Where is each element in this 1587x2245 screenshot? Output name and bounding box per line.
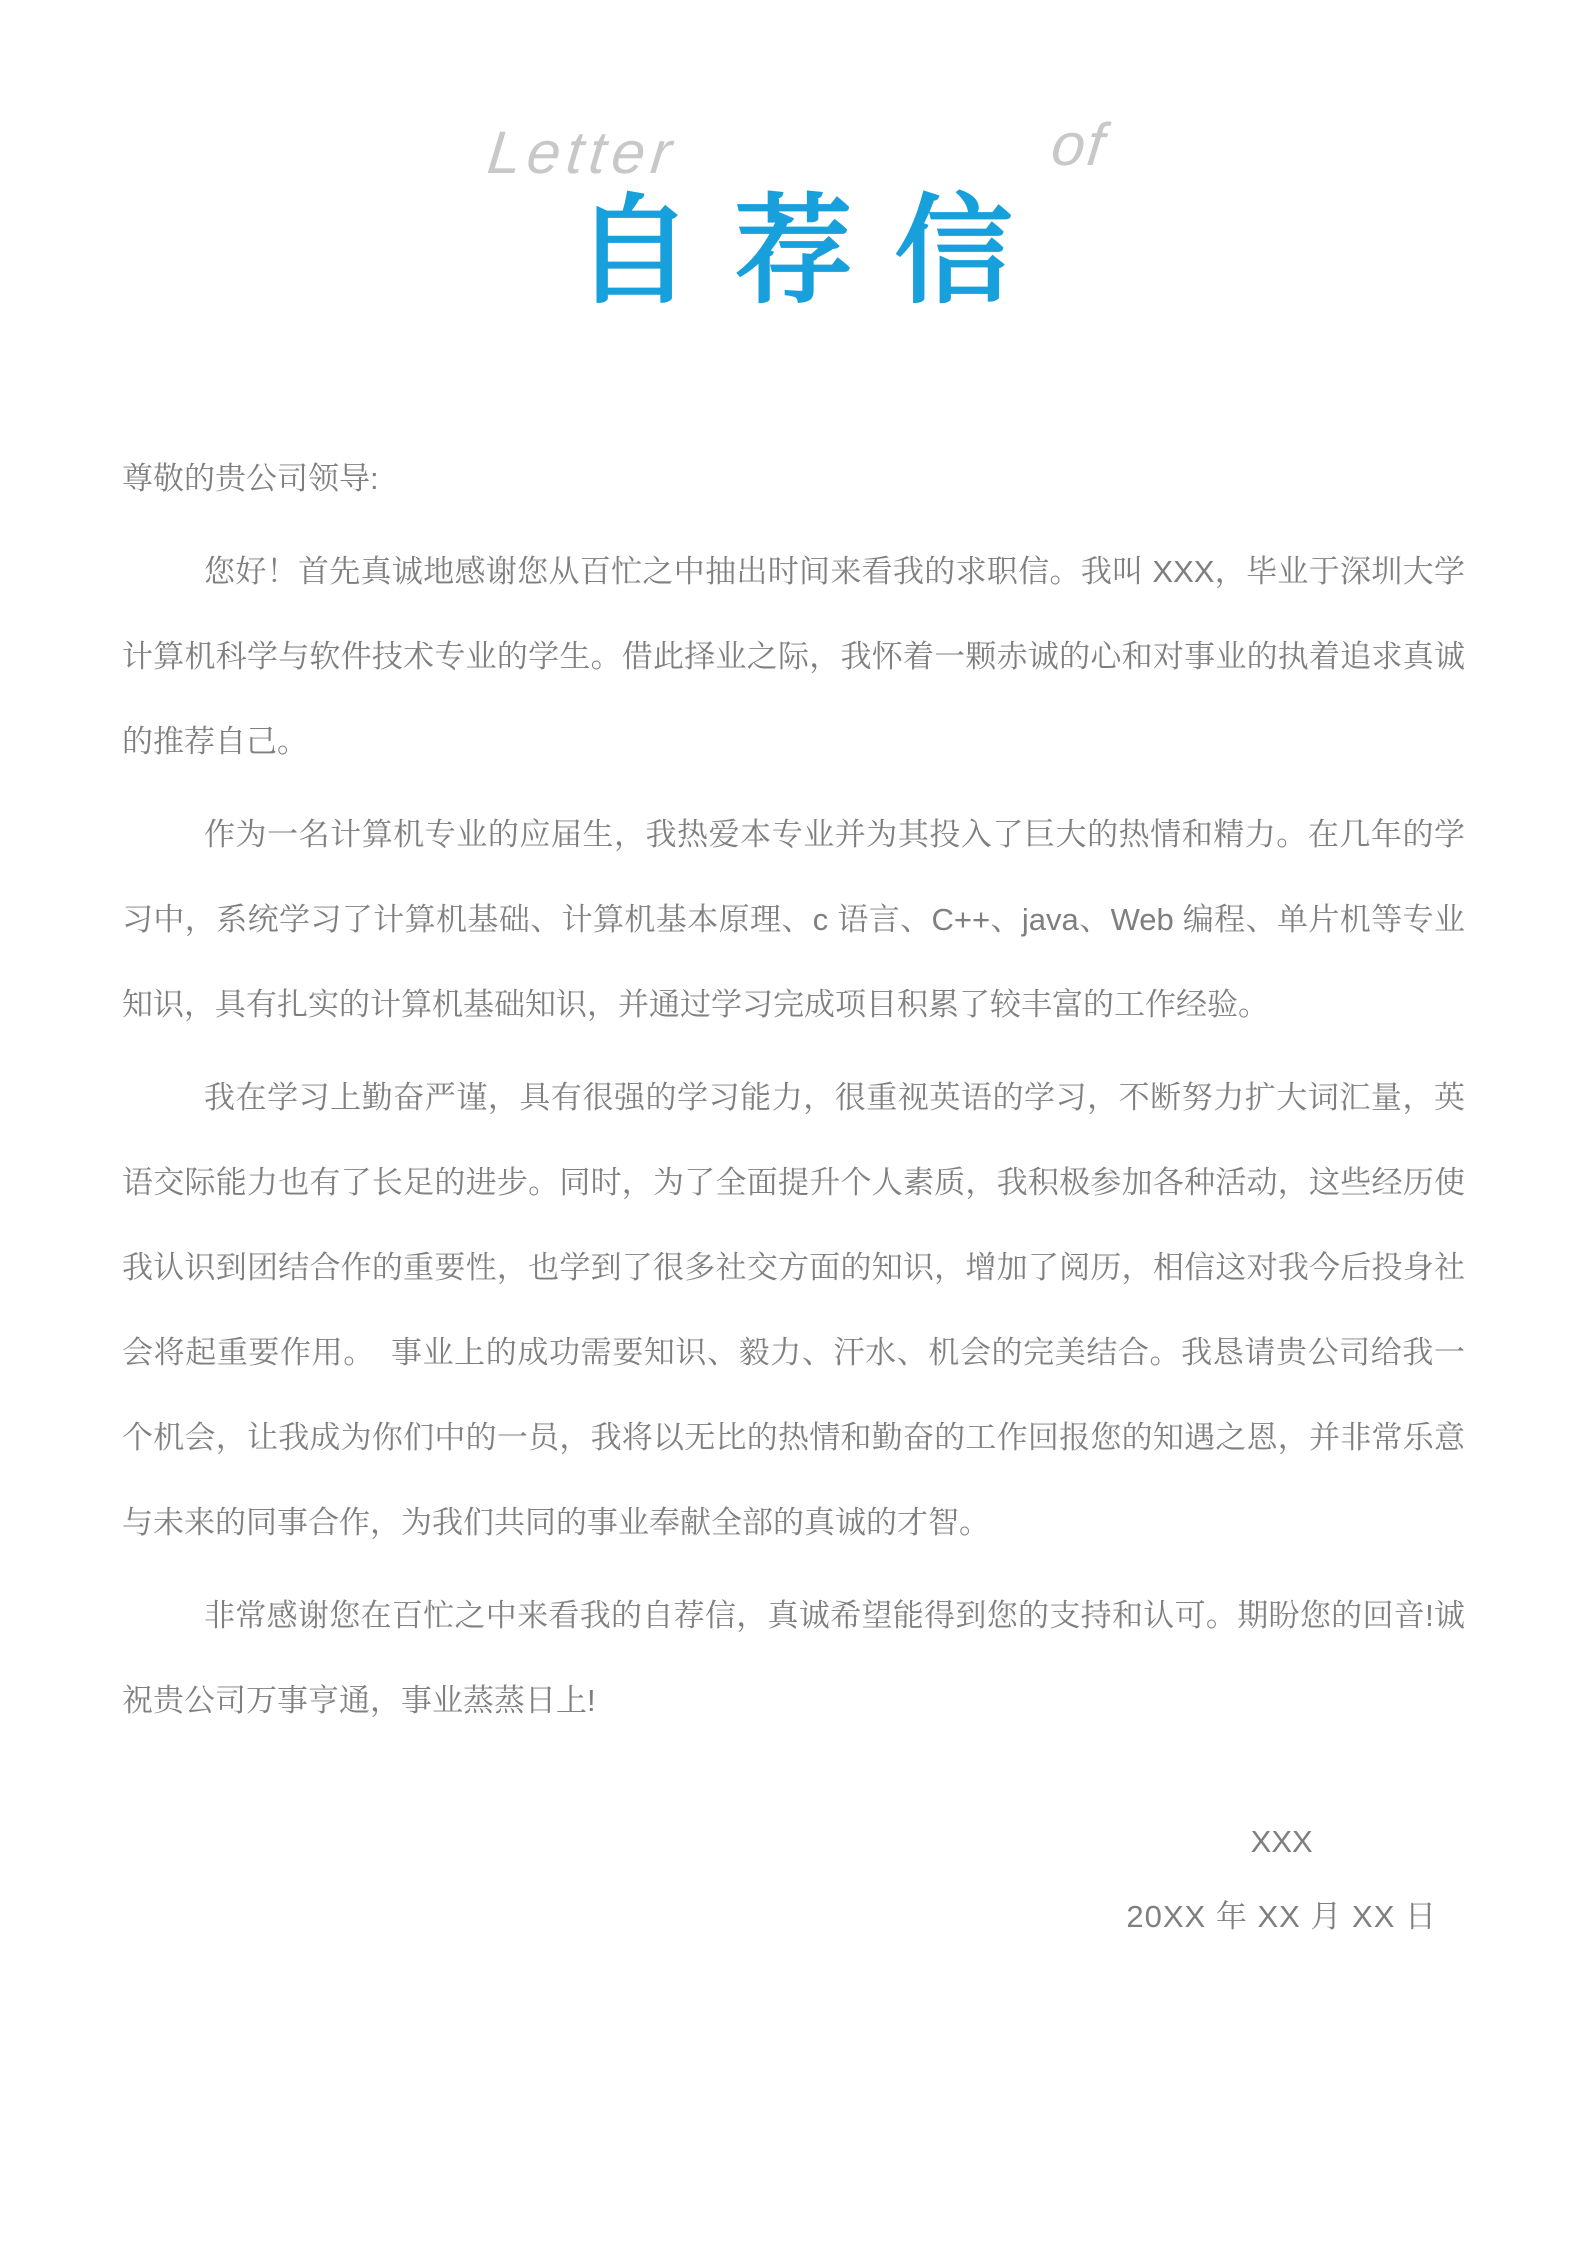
letter-page: Letter of 自荐信 尊敬的贵公司领导: 您好！首先真诚地感谢您从百忙之中… <box>0 0 1587 2245</box>
letter-body: 尊敬的贵公司领导: 您好！首先真诚地感谢您从百忙之中抽出时间来看我的求职信。我叫… <box>122 436 1465 1743</box>
signature-block: XXX 20XX 年 XX 月 XX 日 <box>1126 1826 1437 1932</box>
header-word-of: of <box>1048 110 1109 179</box>
paragraph-skills: 作为一名计算机专业的应届生，我热爱本专业并为其投入了巨大的热情和精力。在几年的学… <box>122 792 1465 1047</box>
signature-date: 20XX 年 XX 月 XX 日 <box>1126 1901 1437 1932</box>
header-word-letter: Letter <box>484 118 681 187</box>
paragraph-intro: 您好！首先真诚地感谢您从百忙之中抽出时间来看我的求职信。我叫 XXX，毕业于深圳… <box>122 529 1465 784</box>
paragraph-qualities: 我在学习上勤奋严谨，具有很强的学习能力，很重视英语的学习，不断努力扩大词汇量，英… <box>122 1055 1465 1565</box>
salutation: 尊敬的贵公司领导: <box>122 436 1465 521</box>
page-title: 自荐信 <box>0 188 1587 318</box>
paragraph-closing: 非常感谢您在百忙之中来看我的自荐信，真诚希望能得到您的支持和认可。期盼您的回音!… <box>122 1573 1465 1743</box>
signature-name: XXX <box>1126 1826 1437 1857</box>
